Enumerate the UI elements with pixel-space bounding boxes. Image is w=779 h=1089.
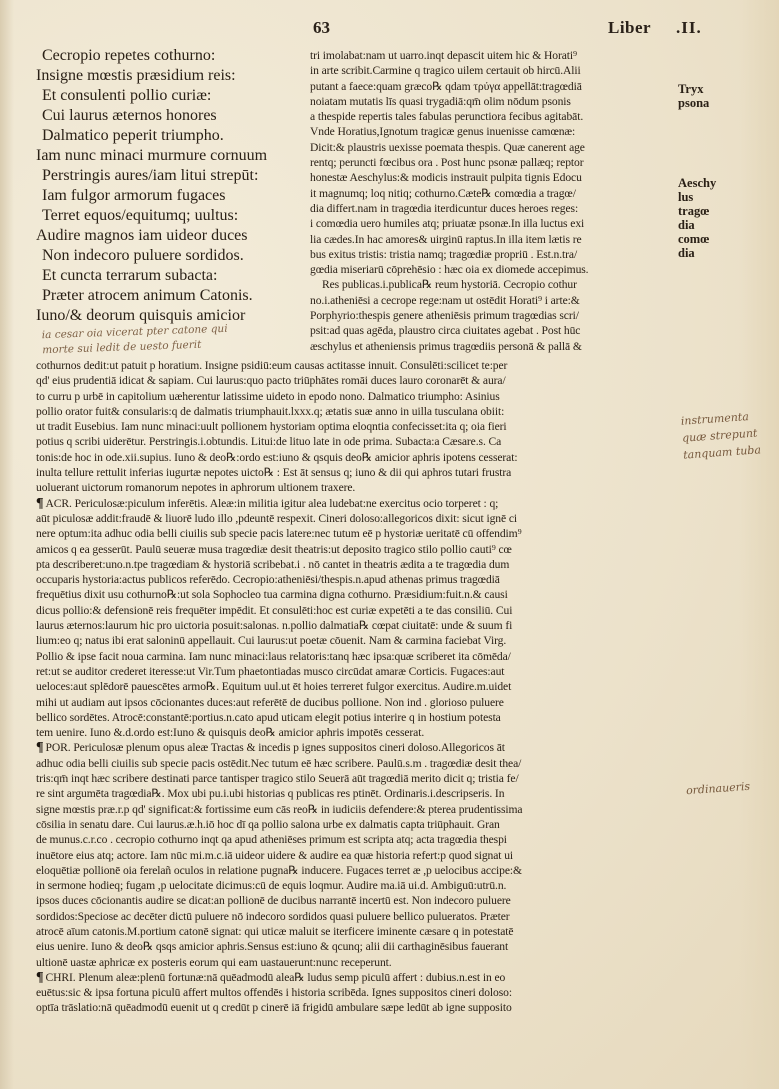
paragraph-mark-icon: ¶: [36, 740, 43, 755]
commentary-line: occuparis hystoria:actus publicos referē…: [36, 572, 672, 587]
margin-note-line: psona: [678, 96, 709, 110]
margin-note-line: dia: [678, 218, 716, 232]
commentary-line: euētus:sic & ipsa fortuna piculū affert …: [36, 985, 672, 1000]
handwritten-margin-note: instrumentaquæ strepunttanquam tuba: [680, 407, 761, 463]
handwritten-annotation-under-verse: ia cesar oia vicerat pter catone quimort…: [42, 322, 229, 358]
verse-line: Dalmatico peperit triumpho.: [36, 126, 308, 146]
commentary-line: potius q scribi uiderētur. Perstringis.i…: [36, 434, 672, 449]
commentary-line: rentq; peruncti fœcibus ora . Post hunc …: [310, 155, 670, 170]
paragraph-mark-icon: ¶: [36, 970, 43, 985]
commentary-line: ultionē uastæ aphricæ ex posteris eorum …: [36, 955, 672, 970]
verse-line: Iam fulgor armorum fugaces: [36, 186, 308, 206]
margin-note-line: tragœ: [678, 204, 716, 218]
commentary-line: amicos q ea gesserūt. Paulū seueræ musa …: [36, 542, 672, 557]
page-edge-shadow-right: [739, 0, 779, 1089]
commentary-line: laurus æternos:laurum hic pro uictoria p…: [36, 618, 672, 633]
commentary-line: ipsos duces cōcionantis audire se dicat:…: [36, 893, 672, 908]
verse-line: Et cuncta terrarum subacta:: [36, 266, 308, 286]
commentary-line: ret:ut se auditor crederet iteresse:ut V…: [36, 664, 672, 679]
commentary-line: pollio orator fuit& consularis:q de dalm…: [36, 404, 672, 419]
commentary-line: ueloces:aut splēdorē pauescētes armo℞. E…: [36, 679, 672, 694]
commentary-line: to curru p urbē in capitolium uæherentur…: [36, 389, 672, 404]
commentary-line: ¶POR. Periculosæ plenum opus aleæ Tracta…: [36, 740, 672, 755]
commentary-line: bus exitus tristis: tristia namq; tragœd…: [310, 247, 670, 262]
printed-margin-note: Tryxpsona: [678, 82, 709, 110]
paragraph-mark-icon: ¶: [36, 496, 43, 511]
commentary-line: nere optum:ita adhuc odia belli ciuilis …: [36, 526, 672, 541]
folio-number: 63: [313, 18, 330, 38]
verse-line: Non indecoro puluere sordidos.: [36, 246, 308, 266]
commentary-line: qd' eius prudentiā idicat & sapiam. Cui …: [36, 373, 672, 388]
commentary-line: æschylus et atheniensis primus tragœdiis…: [310, 339, 670, 354]
page-edge-shadow-left: [0, 0, 14, 1089]
commentary-line: ut tradit Eusebius. Iam nunc minaci:uult…: [36, 419, 672, 434]
verse-line: Insigne mœstis præsidium reis:: [36, 66, 308, 86]
commentary-line: bellico sordētes. Atrocē:constantē:porti…: [36, 710, 672, 725]
commentary-line: optīa trāslatio:nā quēadmodū euenit ut q…: [36, 1000, 672, 1015]
commentary-line: eloquētiæ pollionē oia ferelañ oculos in…: [36, 863, 672, 878]
commentary-line: Porphyrio:thespis genere atheniēsis prim…: [310, 308, 670, 323]
verse-line: Cui laurus æternos honores: [36, 106, 308, 126]
commentary-line: Vnde Horatius,Ignotum tragicæ genus inue…: [310, 124, 670, 139]
commentary-line: tonis:de hoc in ode.xii.supius. Iuno & d…: [36, 450, 672, 465]
commentary-full-width: cothurnos dedit:ut patuit p horatium. In…: [36, 358, 672, 1016]
running-head: Liber: [608, 18, 651, 38]
commentary-line: ¶ACR. Periculosæ:piculum inferētis. Aleæ…: [36, 496, 672, 511]
commentary-line: signe mœstis præ.r.p qd' significat:& fo…: [36, 802, 672, 817]
commentary-line: Pollio & ipse facit noua carmina. Iam nu…: [36, 649, 672, 664]
margin-note-line: lus: [678, 190, 716, 204]
commentary-line: lium:eo q; natus ibi erat saloninū appel…: [36, 633, 672, 648]
commentary-column-top: tri imolabat:nam ut uarro.inqt depascit …: [310, 48, 670, 354]
commentary-line: inuētore eius atq; actore. Iam nūc mi.m.…: [36, 848, 672, 863]
ode-verse-block: Cecropio repetes cothurno:Insigne mœstis…: [36, 46, 308, 326]
commentary-line: Dicit:& plaustris uexisse poemata thespi…: [310, 140, 670, 155]
verse-line: Perstringis aures/iam litui strepūt:: [36, 166, 308, 186]
commentary-line: no.i.atheniēsi a cecrope rege:nam ut ost…: [310, 293, 670, 308]
verse-line: Præter atrocem animum Catonis.: [36, 286, 308, 306]
commentary-line: dia differt.nam in tragœdia iterdicuntur…: [310, 201, 670, 216]
commentary-line: cōsilia in senatu dare. Cui laurus.æ.h.i…: [36, 817, 672, 832]
commentary-line: it magnumq; loq nitiq; cothurno.Cæte℞ co…: [310, 186, 670, 201]
commentary-line: adhuc odia belli ciuilis sub specie paci…: [36, 756, 672, 771]
commentary-line: sordidos:Speciose ac decēter dictū pulue…: [36, 909, 672, 924]
commentary-line: putant a faece:quam græco℞ qdam τρύγα ap…: [310, 79, 670, 94]
commentary-line: ¶CHRI. Plenum aleæ:plenū fortunæ:nā quēa…: [36, 970, 672, 985]
commentary-line: tem uenire. Iuno &.d.ordo est:Iuno & qui…: [36, 725, 672, 740]
margin-note-line: comœ: [678, 232, 716, 246]
verse-line: Et consulenti pollio curiæ:: [36, 86, 308, 106]
commentary-line: in arte scribit.Carmine q tragico uilem …: [310, 63, 670, 78]
book-number: .II.: [676, 18, 702, 38]
commentary-line: in sermone hodieq; fugam ,p uelocitate d…: [36, 878, 672, 893]
page-header: 63 Liber .II.: [0, 16, 779, 40]
commentary-line: psit:ad quas agēda, plaustro circa ciuit…: [310, 323, 670, 338]
commentary-line: aūt piculosæ addit:fraudē & liuorē ludo …: [36, 511, 672, 526]
commentary-line: de munus.c.r.co . cecropio cothurno inqt…: [36, 832, 672, 847]
commentary-line: i comœdia uero humiles atq; priuatæ pson…: [310, 216, 670, 231]
commentary-line: eius uenire. Iuno & deo℞ qsqs amicior ap…: [36, 939, 672, 954]
commentary-line: uoluerant uictorum romanorum nepotes in …: [36, 480, 672, 495]
commentary-line: a thespide repertis tales fabulas perunc…: [310, 109, 670, 124]
commentary-line: pta describeret:uno.n.tpe tragœdiam & hy…: [36, 557, 672, 572]
verse-line: Audire magnos iam uideor duces: [36, 226, 308, 246]
commentary-line: lia cædes.In hac amores& uirginū raptus.…: [310, 232, 670, 247]
verse-line: Iam nunc minaci murmure cornuum: [36, 146, 308, 166]
commentary-line: tri imolabat:nam ut uarro.inqt depascit …: [310, 48, 670, 63]
verse-line: Terret equos/equitumq; uultus:: [36, 206, 308, 226]
commentary-line: frequētius dixit usu cothurno℞:ut sola S…: [36, 587, 672, 602]
commentary-line: Res publicas.i.publica℞ reum hystoriā. C…: [310, 277, 670, 292]
verse-line: Cecropio repetes cothurno:: [36, 46, 308, 66]
margin-note-line: Tryx: [678, 82, 709, 96]
commentary-line: atrocē aīum catonis.M.portium catonē sig…: [36, 924, 672, 939]
commentary-line: dicus pollio:& defensionē reis frequēter…: [36, 603, 672, 618]
margin-note-line: Aeschy: [678, 176, 716, 190]
commentary-line: noiatam mutatis līs quasi trygadiā:qm̄ o…: [310, 94, 670, 109]
commentary-line: re sint argumēta tragœdia℞. Mox ubi pu.i…: [36, 786, 672, 801]
commentary-line: gœdia miseriarū cōprehēsio : hæc oia ex …: [310, 262, 670, 277]
margin-note-line: dia: [678, 246, 716, 260]
commentary-line: inulta tellure rettulit inferias iugurtæ…: [36, 465, 672, 480]
commentary-line: cothurnos dedit:ut patuit p horatium. In…: [36, 358, 672, 373]
commentary-line: honestæ Aeschylus:& modicis instrauit pu…: [310, 170, 670, 185]
commentary-line: mihi ut audiam aut ipsos cōcionantes duc…: [36, 695, 672, 710]
commentary-line: tris:qm̄ inqt hæc scribere destinati par…: [36, 771, 672, 786]
printed-margin-note: Aeschylustragœdiacomœdia: [678, 176, 716, 260]
